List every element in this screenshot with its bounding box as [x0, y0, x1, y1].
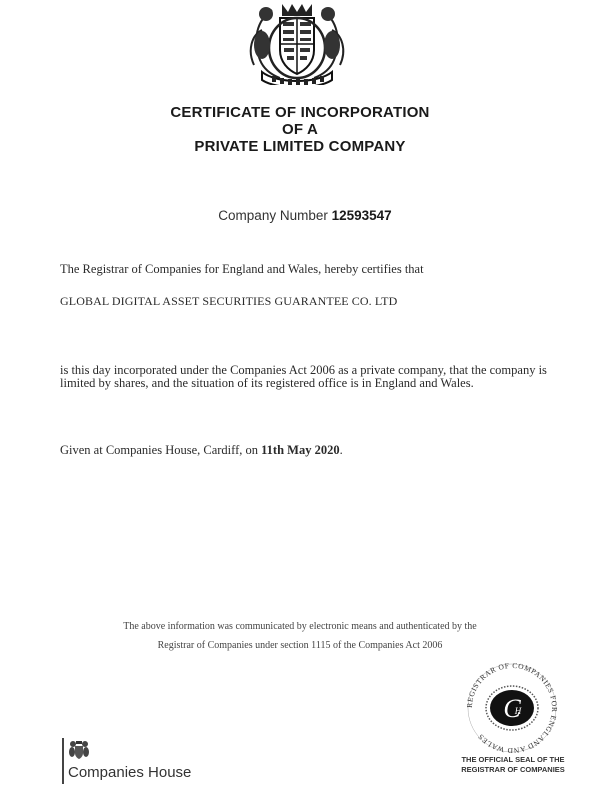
- company-name: GLOBAL DIGITAL ASSET SECURITIES GUARANTE…: [60, 294, 397, 309]
- svg-text:H: H: [514, 706, 522, 716]
- footnote-line-2: Registrar of Companies under section 111…: [0, 636, 600, 655]
- royal-coat-of-arms-icon: [68, 740, 90, 760]
- companies-house-wordmark: Companies House: [68, 764, 191, 781]
- certificate-title: CERTIFICATE OF INCORPORATION OF A PRIVAT…: [0, 104, 600, 155]
- incorporation-date: 11th May 2020: [261, 443, 339, 457]
- royal-coat-of-arms-icon: [232, 0, 362, 85]
- seal-caption-line-1: THE OFFICIAL SEAL OF THE: [448, 755, 578, 765]
- companies-house-logo: Companies House: [62, 738, 212, 784]
- title-line-1: CERTIFICATE OF INCORPORATION: [0, 104, 600, 121]
- logo-divider: [62, 738, 64, 784]
- authentication-footnote: The above information was communicated b…: [0, 617, 600, 655]
- footnote-line-1: The above information was communicated b…: [0, 617, 600, 636]
- incorporation-statement: is this day incorporated under the Compa…: [60, 364, 560, 390]
- company-number-label: Company Number: [218, 208, 328, 223]
- given-at-prefix: Given at Companies House, Cardiff, on: [60, 443, 258, 457]
- seal-caption-line-2: REGISTRAR OF COMPANIES: [448, 765, 578, 775]
- seal-caption: THE OFFICIAL SEAL OF THE REGISTRAR OF CO…: [448, 755, 578, 775]
- given-at-suffix: .: [340, 443, 343, 457]
- registrar-seal-icon: REGISTRAR OF COMPANIES FOR ENGLAND AND W…: [458, 660, 566, 756]
- title-line-2: OF A: [0, 121, 600, 138]
- company-number-value: 12593547: [332, 208, 392, 223]
- company-number-line: Company Number 12593547: [0, 208, 600, 223]
- given-at-line: Given at Companies House, Cardiff, on 11…: [60, 443, 343, 458]
- title-line-3: PRIVATE LIMITED COMPANY: [0, 138, 600, 155]
- registrar-statement: The Registrar of Companies for England a…: [60, 262, 424, 277]
